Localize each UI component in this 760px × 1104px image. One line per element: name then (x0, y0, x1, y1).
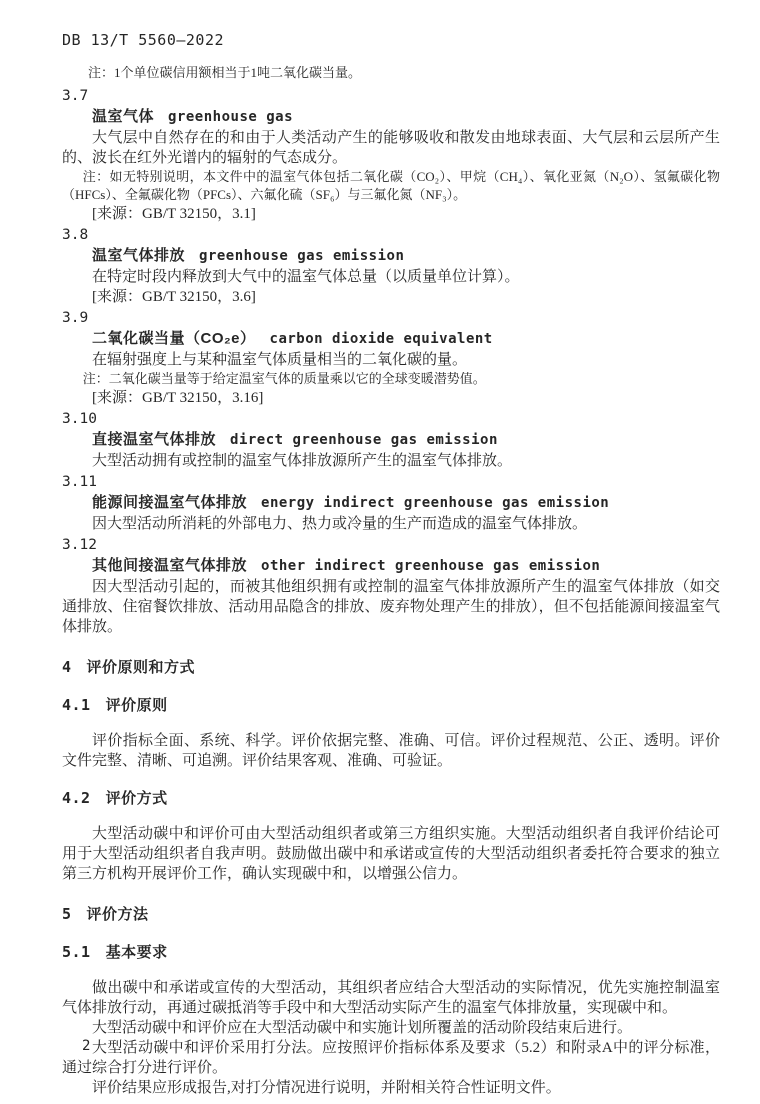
section-heading-5: 5评价方法 (62, 904, 720, 925)
paragraph: 评价指标全面、系统、科学。评价依据完整、准确、可信。评价过程规范、公正、透明。评… (62, 731, 720, 771)
section-number: 4.2 (62, 789, 91, 807)
section-heading-4: 4评价原则和方式 (62, 657, 720, 678)
section-number: 5.1 (62, 943, 91, 961)
document-page: DB 13/T 5560—2022 注：1个单位碳信用额相当于1吨二氧化碳当量。… (0, 0, 760, 1104)
term-entry-3-7: 3.7 温室气体greenhouse gas 大气层中自然存在的和由于人类活动产… (62, 86, 720, 224)
paragraph: 做出碳中和承诺或宣传的大型活动，其组织者应结合大型活动的实际情况，优先实施控制温… (62, 978, 720, 1018)
term-number: 3.9 (62, 308, 720, 328)
term-title: 二氧化碳当量（CO₂e）carbon dioxide equivalent (92, 328, 720, 350)
section-4-2: 4.2评价方式 大型活动碳中和评价可由大型活动组织者或第三方组织实施。大型活动组… (62, 788, 720, 884)
term-title-zh: 温室气体 (92, 108, 154, 125)
doc-header: DB 13/T 5560—2022 (62, 30, 720, 50)
term-title-zh: 其他间接温室气体排放 (92, 557, 247, 574)
section-4-1: 4.1评价原则 评价指标全面、系统、科学。评价依据完整、准确、可信。评价过程规范… (62, 695, 720, 771)
term-title: 其他间接温室气体排放other indirect greenhouse gas … (92, 555, 720, 577)
term-note: 注：如无特别说明，本文件中的温室气体包括二氧化碳（CO₂）、甲烷（CH₄）、氧化… (62, 168, 720, 204)
term-definition: 在辐射强度上与某种温室气体质量相当的二氧化碳的量。 (62, 350, 720, 370)
term-title: 温室气体greenhouse gas (92, 106, 720, 128)
section-title: 评价原则 (106, 697, 168, 714)
section-title: 评价方法 (87, 906, 149, 923)
term-title: 能源间接温室气体排放energy indirect greenhouse gas… (92, 492, 720, 514)
term-number: 3.7 (62, 86, 720, 106)
term-number: 3.8 (62, 225, 720, 245)
paragraph: 大型活动碳中和评价应在大型活动碳中和实施计划所覆盖的活动阶段结束后进行。 (62, 1018, 720, 1038)
section-title: 评价方式 (106, 790, 168, 807)
term-definition: 因大型活动所消耗的外部电力、热力或冷量的生产而造成的温室气体排放。 (62, 514, 720, 534)
term-title-zh: 二氧化碳当量（CO₂e） (92, 330, 256, 347)
term-title-zh: 温室气体排放 (92, 247, 185, 264)
term-title-en: energy indirect greenhouse gas emission (261, 495, 609, 511)
term-source: [来源：GB/T 32150，3.16] (62, 388, 720, 408)
section-number: 4.1 (62, 696, 91, 714)
term-definition: 因大型活动引起的，而被其他组织拥有或控制的温室气体排放源所产生的温室气体排放（如… (62, 577, 720, 637)
section-title: 基本要求 (106, 944, 168, 961)
term-entry-3-8: 3.8 温室气体排放greenhouse gas emission 在特定时段内… (62, 225, 720, 307)
term-title-en: carbon dioxide equivalent (270, 331, 493, 347)
term-number: 3.11 (62, 472, 720, 492)
section-title: 评价原则和方式 (87, 659, 196, 676)
term-title: 温室气体排放greenhouse gas emission (92, 245, 720, 267)
section-number: 5 (62, 905, 72, 923)
term-title-en: greenhouse gas emission (199, 248, 404, 264)
term-entry-3-12: 3.12 其他间接温室气体排放other indirect greenhouse… (62, 535, 720, 637)
term-number: 3.10 (62, 409, 720, 429)
paragraph: 大型活动碳中和评价可由大型活动组织者或第三方组织实施。大型活动组织者自我评价结论… (62, 824, 720, 884)
term-source: [来源：GB/T 32150，3.6] (62, 287, 720, 307)
section-5-1: 5.1基本要求 做出碳中和承诺或宣传的大型活动，其组织者应结合大型活动的实际情况… (62, 942, 720, 1098)
term-title: 直接温室气体排放direct greenhouse gas emission (92, 429, 720, 451)
term-source: [来源：GB/T 32150，3.1] (62, 204, 720, 224)
term-note: 注：二氧化碳当量等于给定温室气体的质量乘以它的全球变暖潜势值。 (62, 370, 720, 388)
term-definition: 在特定时段内释放到大气中的温室气体总量（以质量单位计算）。 (62, 267, 720, 287)
section-number: 4 (62, 658, 72, 676)
top-note: 注：1个单位碳信用额相当于1吨二氧化碳当量。 (62, 64, 720, 82)
section-heading-4-2: 4.2评价方式 (62, 788, 720, 809)
term-entry-3-9: 3.9 二氧化碳当量（CO₂e）carbon dioxide equivalen… (62, 308, 720, 408)
term-title-en: direct greenhouse gas emission (230, 432, 498, 448)
term-title-en: greenhouse gas (168, 109, 293, 125)
section-heading-4-1: 4.1评价原则 (62, 695, 720, 716)
term-entry-3-10: 3.10 直接温室气体排放direct greenhouse gas emiss… (62, 409, 720, 471)
section-heading-5-1: 5.1基本要求 (62, 942, 720, 963)
term-number: 3.12 (62, 535, 720, 555)
term-definition: 大气层中自然存在的和由于人类活动产生的能够吸收和散发由地球表面、大气层和云层所产… (62, 128, 720, 168)
page-number: 2 (82, 1036, 90, 1056)
paragraph: 大型活动碳中和评价采用打分法。应按照评价指标体系及要求（5.2）和附录A中的评分… (62, 1038, 720, 1078)
term-definition: 大型活动拥有或控制的温室气体排放源所产生的温室气体排放。 (62, 451, 720, 471)
term-entry-3-11: 3.11 能源间接温室气体排放energy indirect greenhous… (62, 472, 720, 534)
term-title-zh: 直接温室气体排放 (92, 431, 216, 448)
term-title-en: other indirect greenhouse gas emission (261, 558, 600, 574)
paragraph: 评价结果应形成报告,对打分情况进行说明，并附相关符合性证明文件。 (62, 1078, 720, 1098)
term-title-zh: 能源间接温室气体排放 (92, 494, 247, 511)
